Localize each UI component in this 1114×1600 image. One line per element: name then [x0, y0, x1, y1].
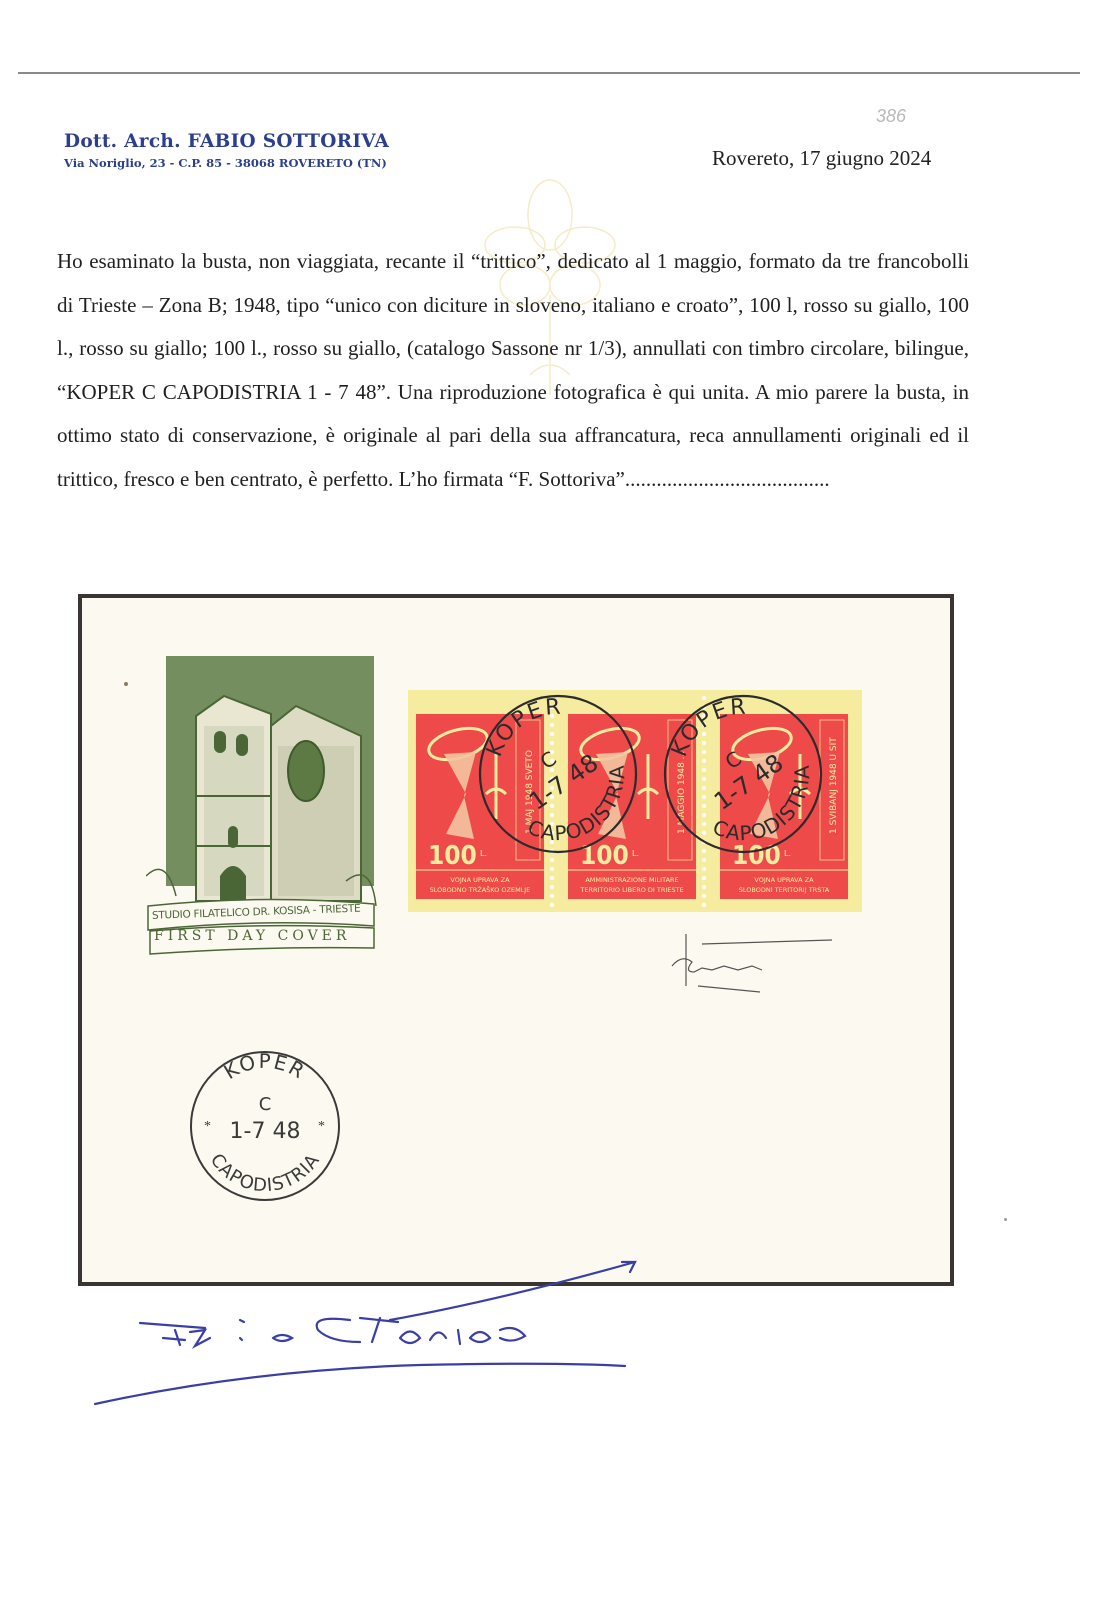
- place-date: Rovereto, 17 giugno 2024: [712, 146, 931, 171]
- certificate-text: Ho esaminato la busta, non viaggiata, re…: [57, 240, 969, 501]
- svg-text:L.: L.: [480, 849, 487, 858]
- reference-number: 386: [876, 106, 906, 127]
- svg-text:1 SVIBANJ 1948 U SIT: 1 SVIBANJ 1948 U SIT: [829, 737, 839, 834]
- speck: [124, 682, 128, 686]
- letterhead: Dott. Arch. FABIO SOTTORIVA Via Noriglio…: [64, 131, 389, 170]
- svg-text:*: *: [318, 1119, 325, 1134]
- svg-text:1-7 48: 1-7 48: [230, 1119, 301, 1144]
- svg-text:VOJNA UPRAVA ZA: VOJNA UPRAVA ZA: [754, 876, 814, 884]
- svg-text:TERRITORIO LIBERO DI TRIESTE: TERRITORIO LIBERO DI TRIESTE: [579, 886, 683, 894]
- svg-text:AMMINISTRAZIONE MILITARE: AMMINISTRAZIONE MILITARE: [585, 876, 678, 884]
- postmark-koper-capodistria: KOPER CAPODISTRIA C 1-7 48 * *: [182, 1046, 348, 1206]
- stamp: 1 MAJ 1948 SVETO100L.VOJNA UPRAVA ZASLOB…: [416, 714, 544, 899]
- cachet-caption-2: FIRST DAY COVER: [154, 928, 376, 944]
- svg-text:C: C: [259, 1094, 272, 1115]
- svg-text:KOPER: KOPER: [220, 1049, 311, 1084]
- svg-text:L.: L.: [784, 849, 791, 858]
- speck: [1004, 1218, 1007, 1221]
- letterhead-address: Via Noriglio, 23 - C.P. 85 - 38068 ROVER…: [64, 156, 389, 170]
- certificate-paragraph: Ho esaminato la busta, non viaggiata, re…: [57, 240, 969, 501]
- svg-text:100: 100: [428, 841, 477, 871]
- letterhead-name: Dott. Arch. FABIO SOTTORIVA: [64, 131, 389, 152]
- svg-text:CAPODISTRIA: CAPODISTRIA: [206, 1150, 324, 1196]
- svg-text:*: *: [204, 1119, 211, 1134]
- svg-text:SLOBODNO TRŽAŠKO OZEMLJE: SLOBODNO TRŽAŠKO OZEMLJE: [430, 885, 531, 894]
- cover-pencil-signature: [642, 928, 842, 1008]
- svg-text:SLOBODNI TERITORIJ TRSTA: SLOBODNI TERITORIJ TRSTA: [739, 886, 830, 894]
- top-rule: [18, 72, 1080, 74]
- svg-text:L.: L.: [632, 849, 639, 858]
- first-day-cover: STUDIO FILATELICO DR. KOSISA - TRIESTE F…: [78, 594, 954, 1286]
- svg-text:VOJNA UPRAVA ZA: VOJNA UPRAVA ZA: [450, 876, 510, 884]
- stamp-triptych: 1 MAJ 1948 SVETO100L.VOJNA UPRAVA ZASLOB…: [408, 684, 868, 916]
